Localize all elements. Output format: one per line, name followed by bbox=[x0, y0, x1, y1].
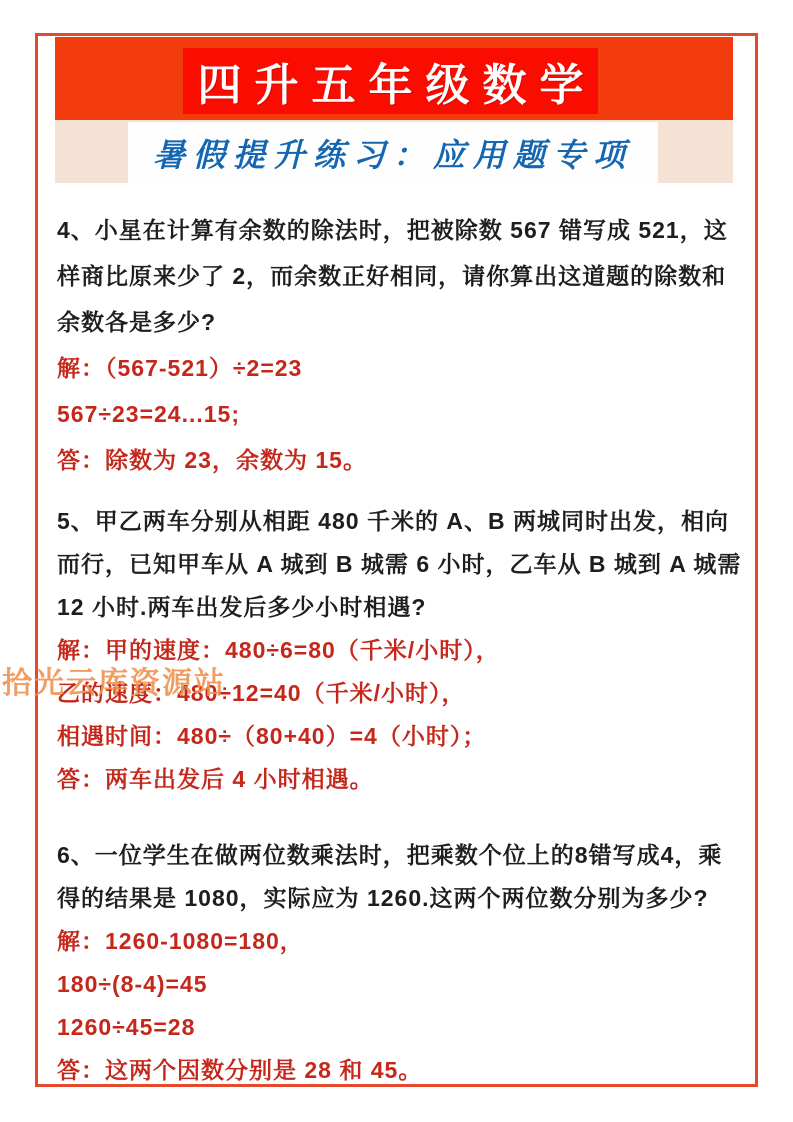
problem-4-statement-line-2: 样商比原来少了 2，而余数正好相同，请你算出这道题的除数和 bbox=[57, 253, 747, 299]
page-border: 四升五年级数学 暑假提升练习：应用题专项 4、小星在计算有余数的除法时，把被除数… bbox=[35, 33, 758, 1087]
problem-6-solution-line-3: 1260÷45=28 bbox=[57, 1006, 747, 1049]
problem-6: 6、一位学生在做两位数乘法时，把乘数个位上的8错写成4，乘 得的结果是 1080… bbox=[57, 834, 747, 1092]
page-subtitle: 暑假提升练习：应用题专项 bbox=[153, 130, 633, 176]
problem-5-statement-line-1: 5、甲乙两车分别从相距 480 千米的 A、B 两城同时出发，相向 bbox=[57, 500, 747, 543]
subtitle-box: 暑假提升练习：应用题专项 bbox=[128, 122, 658, 183]
problem-5: 5、甲乙两车分别从相距 480 千米的 A、B 两城同时出发，相向 而行，已知甲… bbox=[57, 500, 747, 801]
problem-4-answer-line: 答：除数为 23，余数为 15。 bbox=[57, 437, 747, 483]
subtitle-band: 暑假提升练习：应用题专项 bbox=[55, 120, 733, 183]
page-title: 四升五年级数学 bbox=[185, 49, 597, 113]
problem-6-statement-line-2: 得的结果是 1080，实际应为 1260.这两个两位数分别为多少? bbox=[57, 877, 747, 920]
problem-4-statement-line-3: 余数各是多少? bbox=[57, 299, 747, 345]
header-banner: 四升五年级数学 bbox=[55, 37, 733, 120]
problem-4-solution-line-2: 567÷23=24...15; bbox=[57, 391, 747, 437]
worksheet-page: 四升五年级数学 暑假提升练习：应用题专项 4、小星在计算有余数的除法时，把被除数… bbox=[0, 0, 793, 1122]
problem-4-solution-line-1: 解：（567-521）÷2=23 bbox=[57, 345, 747, 391]
problem-4: 4、小星在计算有余数的除法时，把被除数 567 错写成 521，这 样商比原来少… bbox=[57, 207, 747, 483]
problem-5-solution-line-2: 乙的速度：480÷12=40（千米/小时）， bbox=[57, 672, 747, 715]
title-box: 四升五年级数学 bbox=[183, 48, 598, 114]
problem-5-statement-line-2: 而行，已知甲车从 A 城到 B 城需 6 小时，乙车从 B 城到 A 城需 bbox=[57, 543, 747, 586]
problem-4-statement-line-1: 4、小星在计算有余数的除法时，把被除数 567 错写成 521，这 bbox=[57, 207, 747, 253]
problem-5-answer-line: 答：两车出发后 4 小时相遇。 bbox=[57, 758, 747, 801]
problem-5-solution-line-3: 相遇时间：480÷（80+40）=4（小时）； bbox=[57, 715, 747, 758]
problem-6-solution-line-2: 180÷(8-4)=45 bbox=[57, 963, 747, 1006]
problem-5-solution-line-1: 解：甲的速度：480÷6=80（千米/小时）， bbox=[57, 629, 747, 672]
problem-6-solution-line-1: 解：1260-1080=180， bbox=[57, 920, 747, 963]
problem-5-statement-line-3: 12 小时.两车出发后多少小时相遇? bbox=[57, 586, 747, 629]
problem-6-answer-line: 答：这两个因数分别是 28 和 45。 bbox=[57, 1049, 747, 1092]
problem-6-statement-line-1: 6、一位学生在做两位数乘法时，把乘数个位上的8错写成4，乘 bbox=[57, 834, 747, 877]
